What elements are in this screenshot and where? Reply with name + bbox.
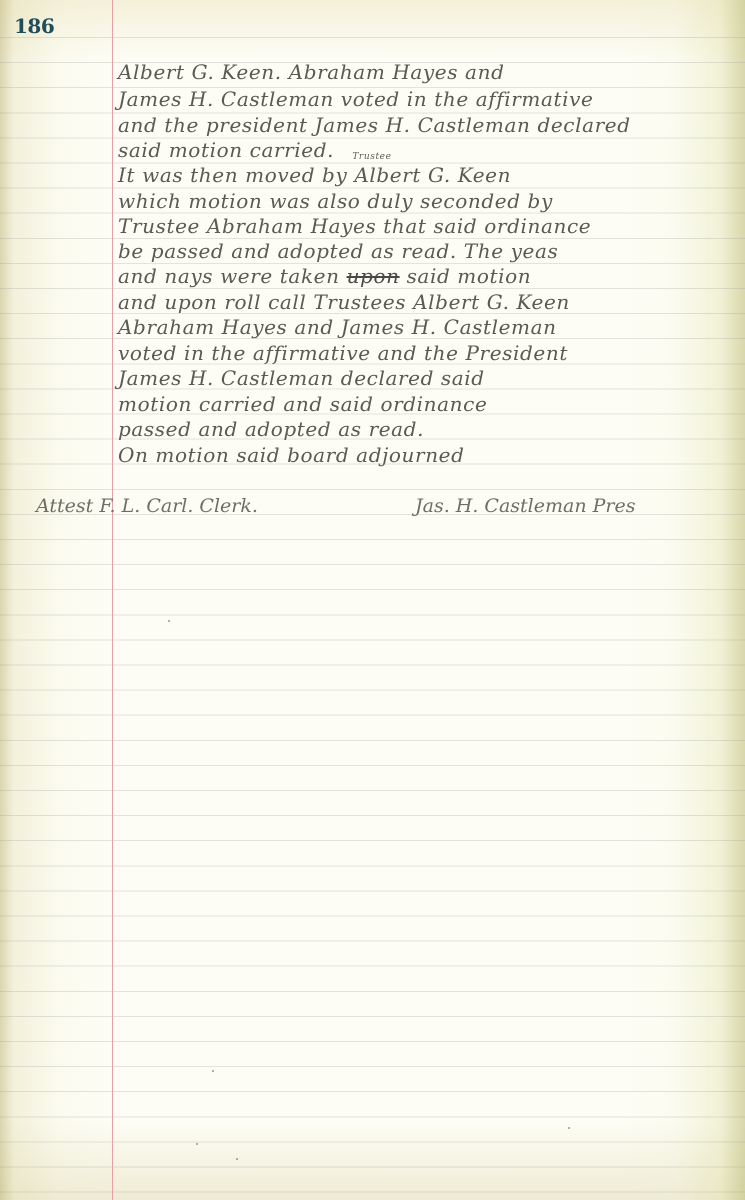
- minutes-line: On motion said board adjourned: [118, 443, 465, 467]
- minutes-line: passed and adopted as read.: [118, 417, 424, 441]
- paper-speck: [196, 1143, 198, 1145]
- line-text: and nays were taken: [118, 264, 340, 288]
- ledger-page: 186 Albert G. Keen. Abraham Hayes and Ja…: [0, 0, 745, 1200]
- minutes-line: voted in the affirmative and the Preside…: [118, 341, 568, 365]
- minutes-line: Trustee Abraham Hayes that said ordinanc…: [118, 214, 591, 238]
- minutes-line: said motion carried.: [118, 138, 334, 162]
- page-number: 186: [14, 14, 54, 38]
- paper-speck: [568, 1127, 570, 1129]
- line-text: Albert G. Keen: [354, 163, 511, 187]
- minutes-line: which motion was also duly seconded by: [118, 189, 553, 213]
- minutes-line: James H. Castleman declared said: [118, 366, 485, 390]
- minutes-line: Albert G. Keen. Abraham Hayes and: [118, 60, 504, 84]
- struck-word: upon: [347, 264, 400, 288]
- paper-speck: [236, 1158, 238, 1160]
- minutes-line: and upon roll call Trustees Albert G. Ke…: [118, 290, 570, 314]
- line-text: said motion: [407, 264, 532, 288]
- insertion-above: Trustee: [352, 152, 391, 162]
- insertion: Trustee Albert G. Keen: [354, 163, 511, 187]
- minutes-line: motion carried and said ordinance: [118, 392, 487, 416]
- minutes-line: be passed and adopted as read. The yeas: [118, 239, 558, 263]
- margin-rule: [112, 0, 113, 1200]
- line-text: It was then moved by: [118, 163, 347, 187]
- president-signature: Jas. H. Castleman Pres: [415, 495, 635, 517]
- minutes-line: and nays were taken upon said motion: [118, 264, 531, 288]
- paper-speck: [168, 620, 170, 622]
- minutes-line: Abraham Hayes and James H. Castleman: [118, 315, 557, 339]
- minutes-line: and the president James H. Castleman dec…: [118, 113, 631, 137]
- attest-signature: Attest F. L. Carl. Clerk.: [36, 495, 258, 517]
- minutes-line: James H. Castleman voted in the affirmat…: [118, 87, 593, 111]
- minutes-line: It was then moved by Trustee Albert G. K…: [118, 163, 511, 187]
- paper-speck: [212, 1070, 214, 1072]
